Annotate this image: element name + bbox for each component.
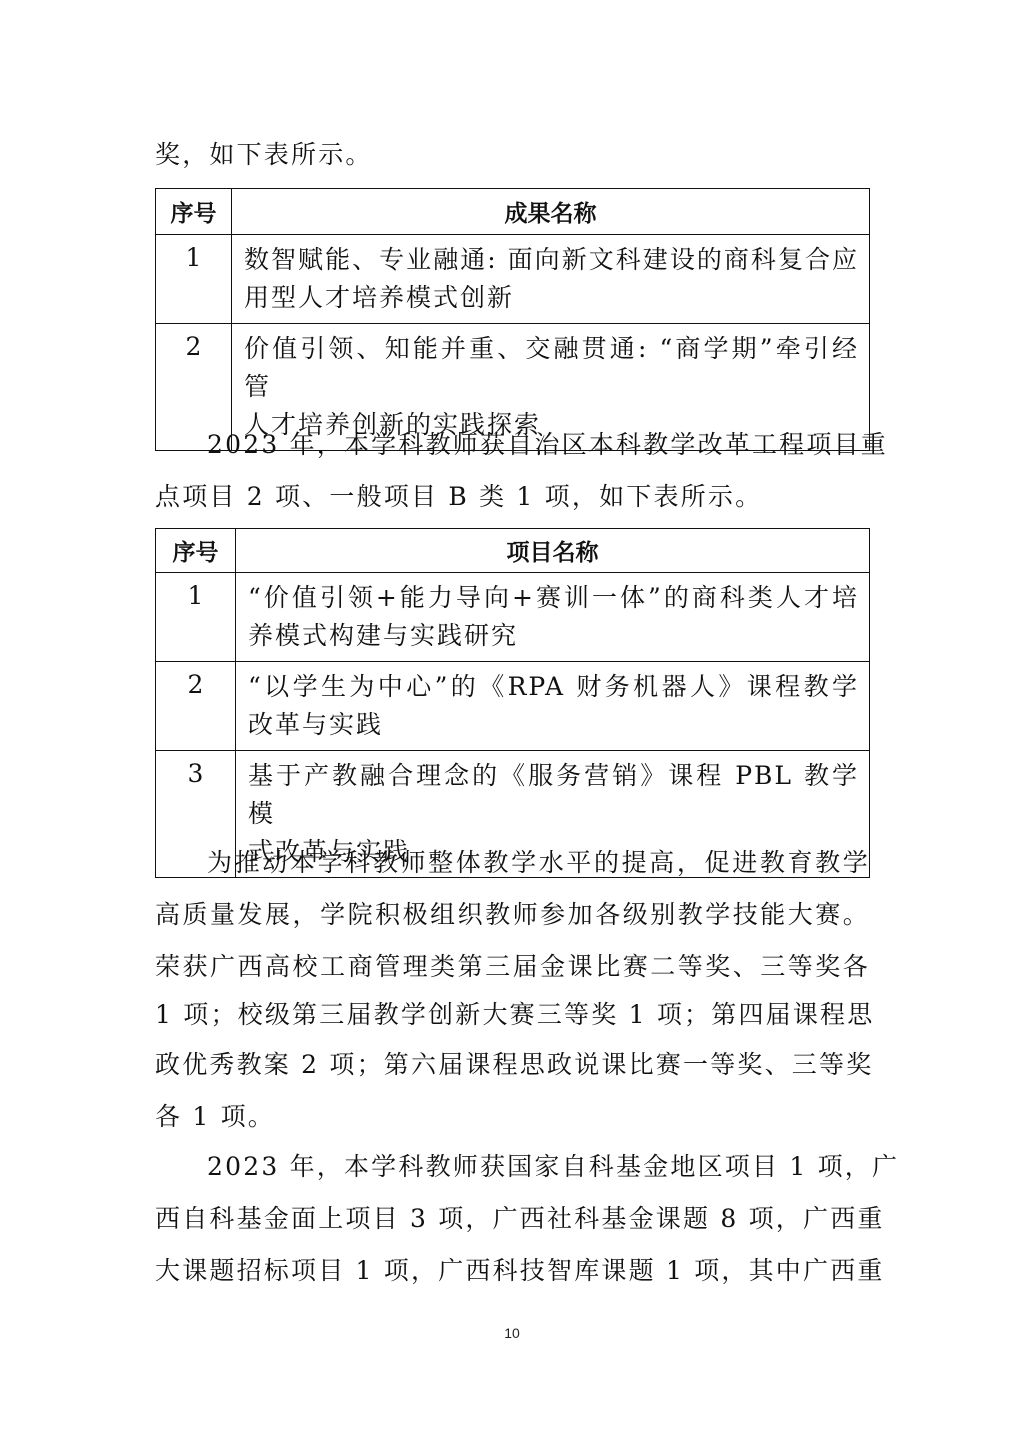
header-name: 项目名称 (236, 529, 870, 573)
para1-line: 点项目 2 项、一般项目 B 类 1 项，如下表所示。 (155, 482, 870, 512)
para2-line: 政优秀教案 2 项；第六届课程思政说课比赛一等奖、三等奖 (155, 1050, 870, 1080)
row-name: 数智赋能、专业融通: 面向新文科建设的商科复合应 用型人才培养模式创新 (232, 235, 870, 324)
para3-line: 西自科基金面上项目 3 项，广西社科基金课题 8 项，广西重 (155, 1204, 870, 1234)
page-number: 10 (0, 1325, 1024, 1341)
para2-line: 为推动本学科教师整体教学水平的提高，促进教育教学 (207, 848, 870, 878)
row-line: 价值引领、知能并重、交融贯通: “商学期”牵引经管 (244, 330, 859, 406)
row-line: “以学生为中心”的《RPA 财务机器人》课程教学 (248, 668, 859, 706)
header-no: 序号 (156, 529, 236, 573)
table-header-row: 序号 成果名称 (156, 189, 870, 235)
row-no: 1 (156, 235, 232, 324)
row-line: 养模式构建与实践研究 (248, 617, 859, 655)
table-row: 2 “以学生为中心”的《RPA 财务机器人》课程教学 改革与实践 (156, 662, 870, 751)
projects-table: 序号 项目名称 1 “价值引领+能力导向+赛训一体”的商科类人才培 养模式构建与… (155, 528, 870, 878)
achievements-table: 序号 成果名称 1 数智赋能、专业融通: 面向新文科建设的商科复合应 用型人才培… (155, 188, 870, 451)
table-row: 1 数智赋能、专业融通: 面向新文科建设的商科复合应 用型人才培养模式创新 (156, 235, 870, 324)
intro-line: 奖，如下表所示。 (155, 140, 870, 170)
document-page: 奖，如下表所示。 序号 成果名称 1 数智赋能、专业融通: 面向新文科建设的商科… (0, 0, 1024, 1448)
row-line: “价值引领+能力导向+赛训一体”的商科类人才培 (248, 579, 859, 617)
para1-line: 2023 年，本学科教师获自治区本科教学改革工程项目重 (207, 430, 870, 460)
para2-line: 各 1 项。 (155, 1102, 870, 1132)
para2-line: 1 项；校级第三届教学创新大赛三等奖 1 项；第四届课程思 (155, 1000, 870, 1030)
table-header-row: 序号 项目名称 (156, 529, 870, 573)
para2-line: 荣获广西高校工商管理类第三届金课比赛二等奖、三等奖各 (155, 952, 870, 982)
para3-line: 2023 年，本学科教师获国家自科基金地区项目 1 项，广 (207, 1152, 870, 1182)
row-line: 用型人才培养模式创新 (244, 279, 859, 317)
row-name: “以学生为中心”的《RPA 财务机器人》课程教学 改革与实践 (236, 662, 870, 751)
row-name: “价值引领+能力导向+赛训一体”的商科类人才培 养模式构建与实践研究 (236, 573, 870, 662)
para2-line: 高质量发展，学院积极组织教师参加各级别教学技能大赛。 (155, 900, 870, 930)
header-name: 成果名称 (232, 189, 870, 235)
row-line: 数智赋能、专业融通: 面向新文科建设的商科复合应 (244, 241, 859, 279)
row-line: 改革与实践 (248, 706, 859, 744)
row-line: 基于产教融合理念的《服务营销》课程 PBL 教学模 (248, 757, 859, 833)
header-no: 序号 (156, 189, 232, 235)
table-row: 1 “价值引领+能力导向+赛训一体”的商科类人才培 养模式构建与实践研究 (156, 573, 870, 662)
para3-line: 大课题招标项目 1 项，广西科技智库课题 1 项，其中广西重 (155, 1256, 870, 1286)
row-no: 2 (156, 662, 236, 751)
row-no: 1 (156, 573, 236, 662)
